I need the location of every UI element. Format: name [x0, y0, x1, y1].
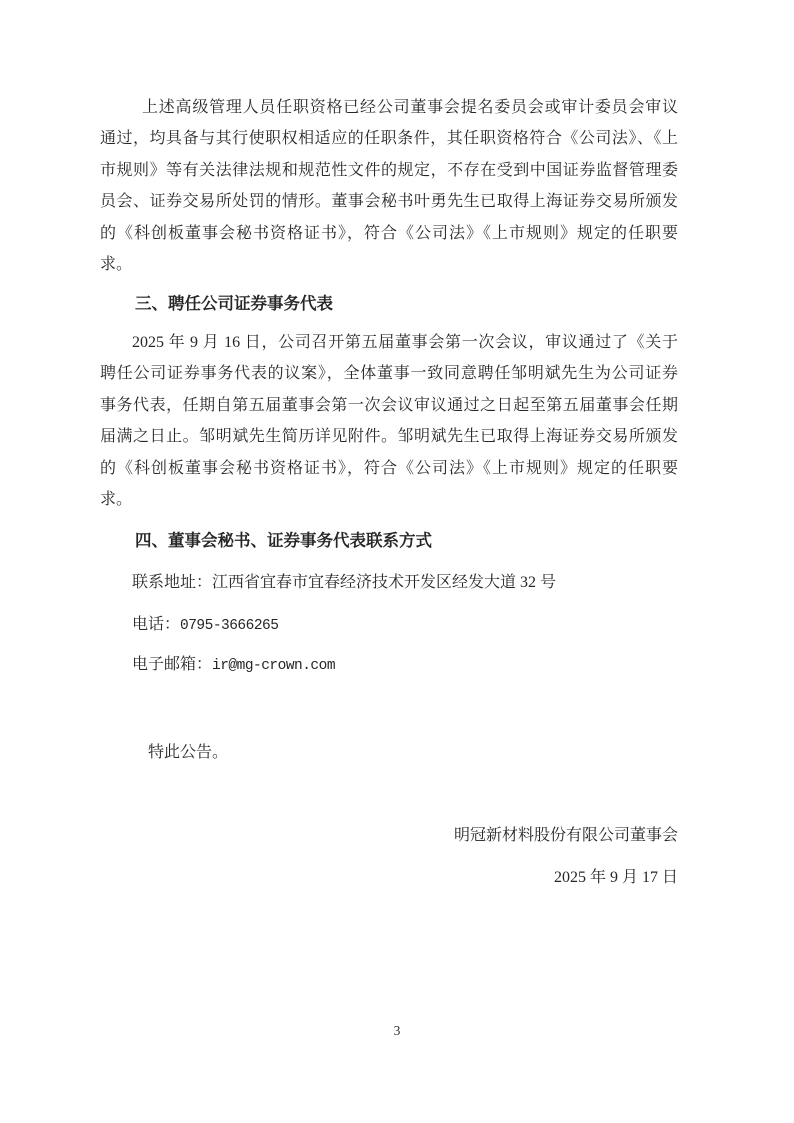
contact-phone-line: 电话：0795-3666265 [100, 609, 678, 640]
contact-email-label: 电子邮箱： [132, 656, 212, 673]
contact-email-line: 电子邮箱：ir@mg-crown.com [100, 649, 678, 680]
intro-paragraph-line: 求。 [100, 249, 678, 280]
section-three-paragraph-line: 的《科创板董事会秘书资格证书》，符合《公司法》《上市规则》规定的任职要 [100, 453, 678, 484]
signature-date: 2025 年 9 月 17 日 [100, 862, 678, 893]
page-number: 3 [0, 1021, 794, 1041]
section-three-heading: 三、聘任公司证券事务代表 [100, 288, 678, 319]
signature-company: 明冠新材料股份有限公司董事会 [100, 820, 678, 851]
contact-email-value: ir@mg-crown.com [212, 658, 335, 674]
contact-phone-value: 0795-3666265 [180, 618, 278, 634]
contact-address-value: 江西省宜春市宜春经济技术开发区经发大道 32 号 [212, 574, 556, 591]
document-page: 上述高级管理人员任职资格已经公司董事会提名委员会或审计委员会审议 通过，均具备与… [0, 0, 794, 1123]
intro-paragraph-line: 通过，均具备与其行使职权相适应的任职条件，其任职资格符合《公司法》、《上 [100, 123, 678, 154]
section-three-paragraph-line: 求。 [100, 484, 678, 515]
contact-address-line: 联系地址：江西省宜春市宜春经济技术开发区经发大道 32 号 [100, 567, 678, 598]
intro-paragraph-line: 上述高级管理人员任职资格已经公司董事会提名委员会或审计委员会审议 [100, 92, 678, 123]
section-three-paragraph-line: 届满之日止。邹明斌先生简历详见附件。邹明斌先生已取得上海证券交易所颁发 [100, 421, 678, 452]
contact-address-label: 联系地址： [132, 574, 212, 591]
closing-statement: 特此公告。 [100, 737, 678, 768]
section-three-paragraph-line: 事务代表，任期自第五届董事会第一次会议审议通过之日起至第五届董事会任期 [100, 390, 678, 421]
intro-paragraph: 上述高级管理人员任职资格已经公司董事会提名委员会或审计委员会审议 通过，均具备与… [100, 92, 678, 280]
intro-paragraph-line: 市规则》等有关法律法规和规范性文件的规定，不存在受到中国证券监督管理委 [100, 155, 678, 186]
section-three-paragraph: 2025 年 9 月 16 日，公司召开第五届董事会第一次会议，审议通过了《关于… [100, 327, 678, 515]
intro-paragraph-line: 的《科创板董事会秘书资格证书》，符合《公司法》《上市规则》规定的任职要 [100, 218, 678, 249]
document-content: 上述高级管理人员任职资格已经公司董事会提名委员会或审计委员会审议 通过，均具备与… [100, 0, 678, 1123]
intro-paragraph-line: 员会、证券交易所处罚的情形。董事会秘书叶勇先生已取得上海证券交易所颁发 [100, 186, 678, 217]
section-three-paragraph-line: 2025 年 9 月 16 日，公司召开第五届董事会第一次会议，审议通过了《关于 [100, 327, 678, 358]
contact-phone-label: 电话： [132, 616, 180, 633]
section-four-heading: 四、董事会秘书、证券事务代表联系方式 [100, 525, 678, 556]
section-three-paragraph-line: 聘任公司证券事务代表的议案》，全体董事一致同意聘任邹明斌先生为公司证券 [100, 358, 678, 389]
